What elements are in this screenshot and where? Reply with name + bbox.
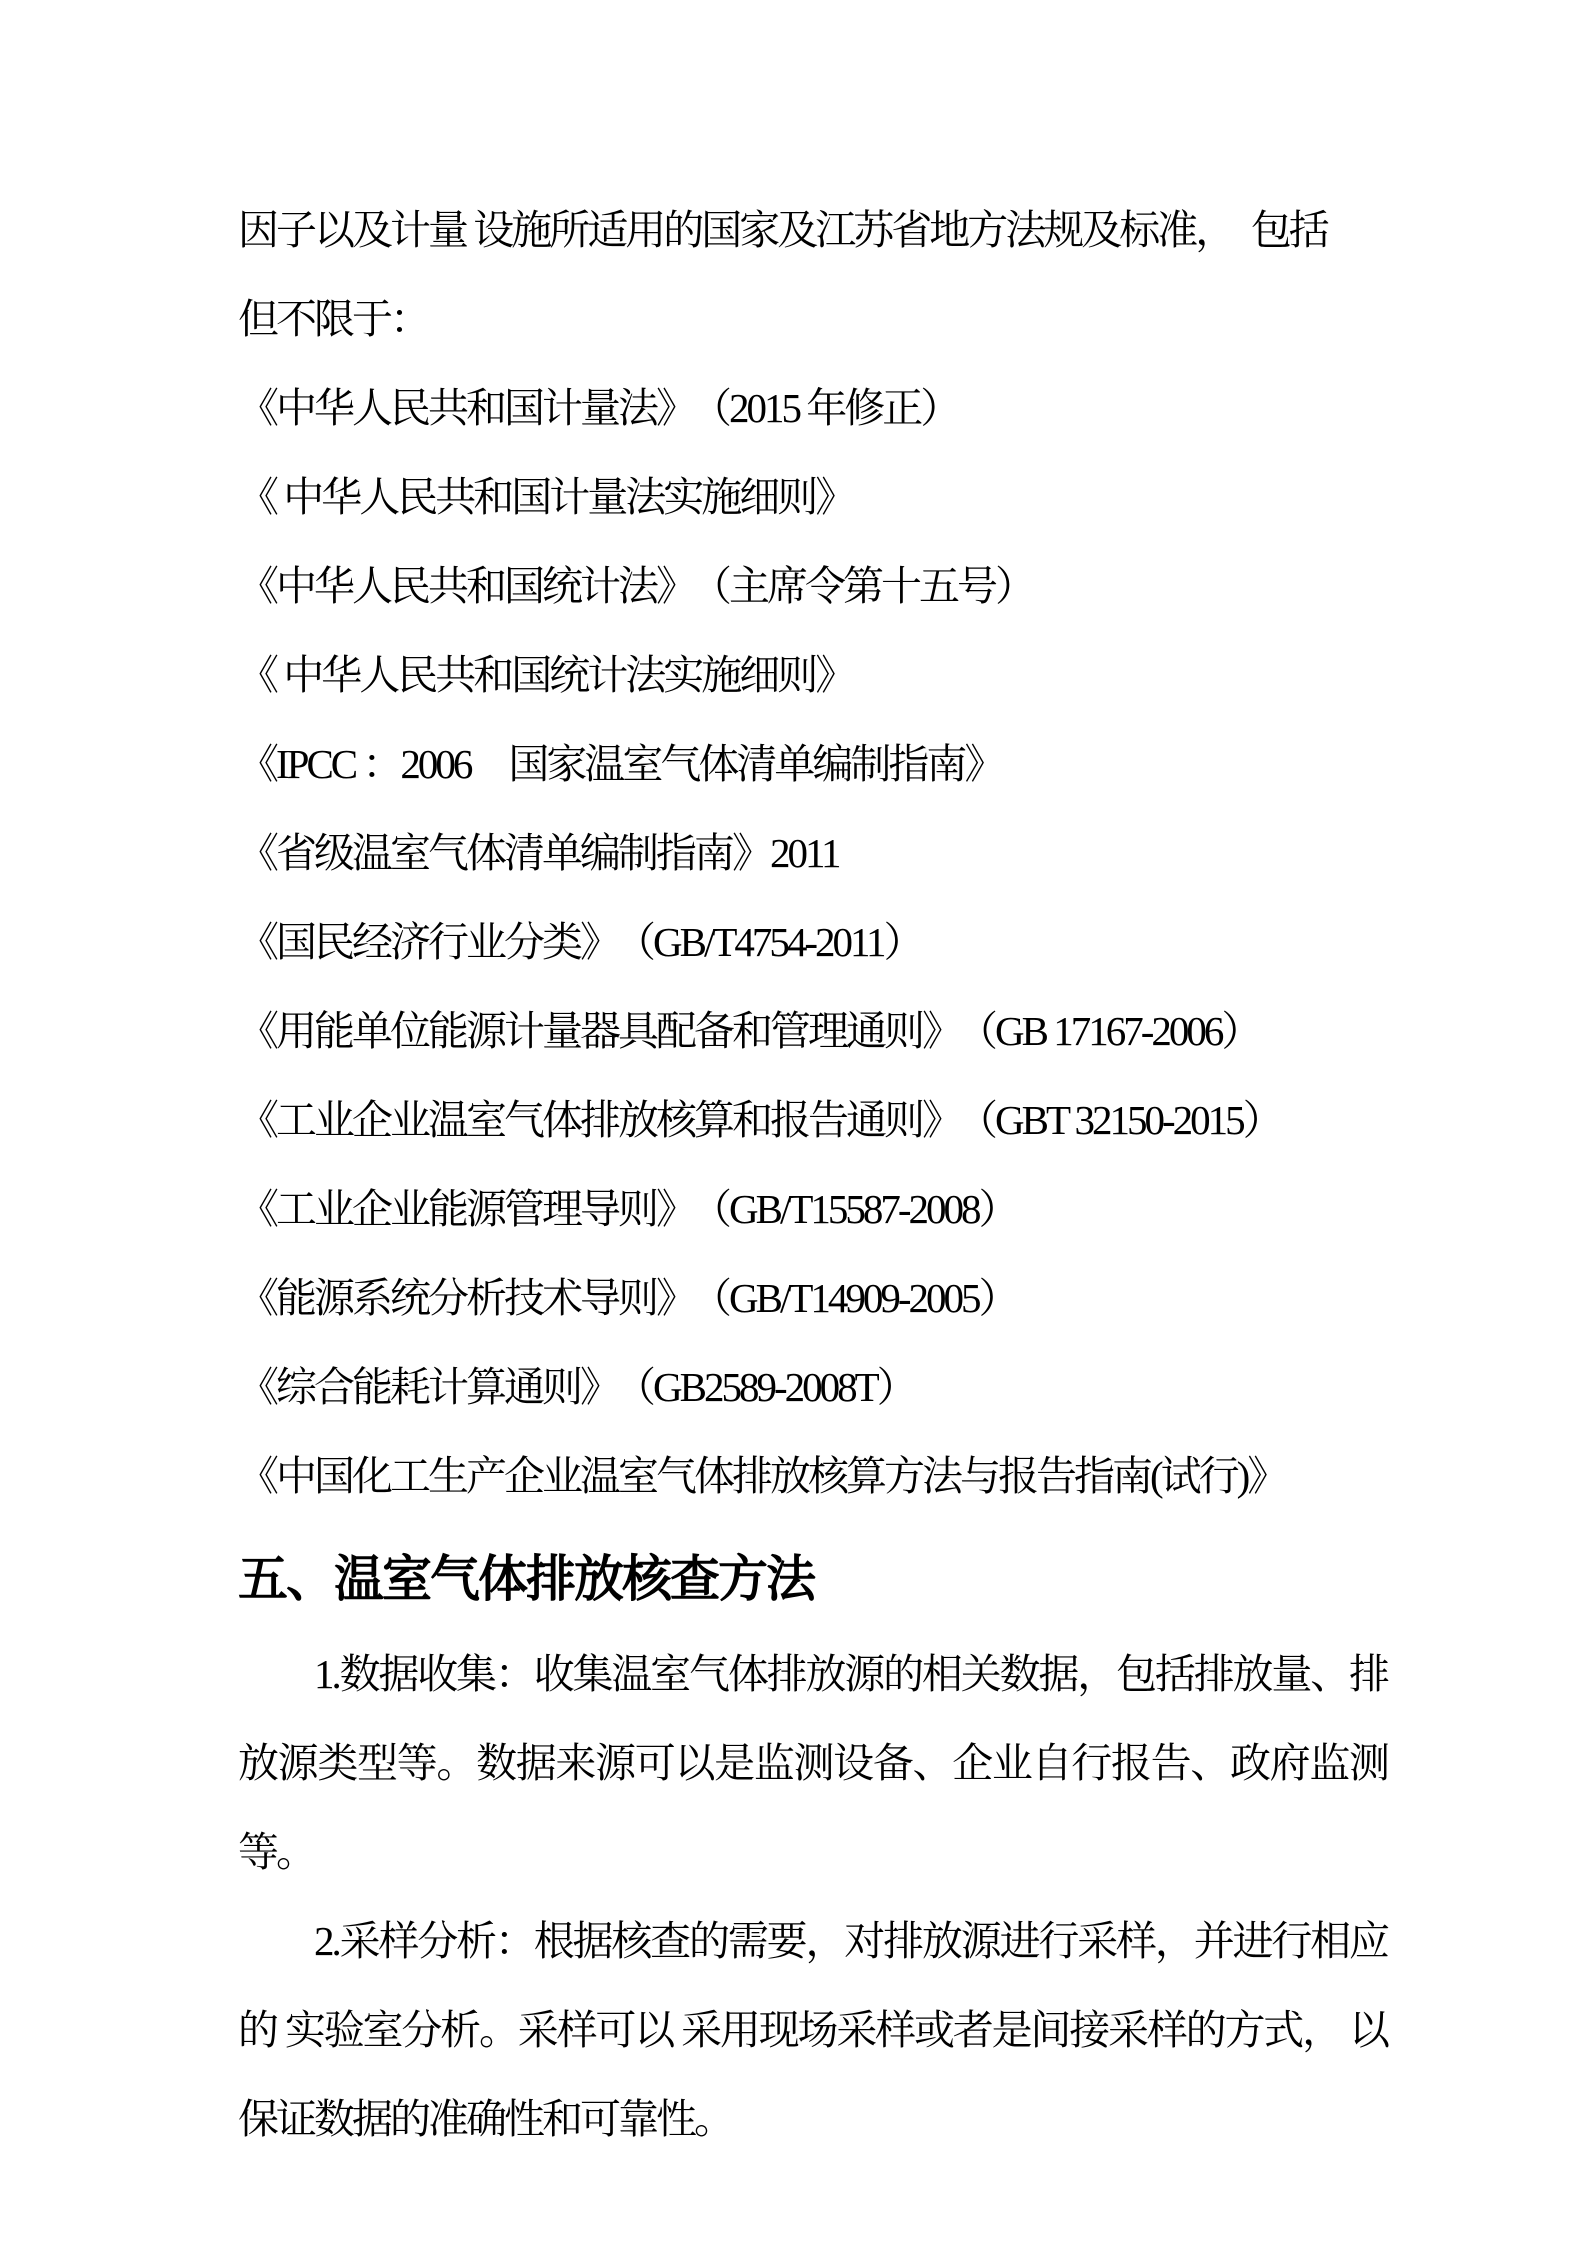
document-page: 因子以及计量 设施所适用的国家及江苏省地方法规及标准， 包括 但不限于： 《中华… xyxy=(0,0,1587,2245)
paragraph-data-collection: 1.数据收集：收集温室气体排放源的相关数据，包括排放量、排放源类型等。数据来源可… xyxy=(238,1630,1387,1897)
standard-item-metrology-law-rules: 《 中华人民共和国计量法实施细则》 xyxy=(238,453,1387,542)
standard-item-industry-classification: 《国民经济行业分类》 （GB/T4754-2011） xyxy=(238,898,1387,987)
standard-item-ipcc-2006: 《IPCC ：2006 国家温室气体清单编制指南》 xyxy=(238,720,1387,809)
section-heading-verification-method: 五、温室气体排放核查方法 xyxy=(238,1535,1387,1624)
standard-item-statistics-law: 《中华人民共和国统计法》 （主席令第十五号） xyxy=(238,542,1387,631)
standard-item-metrology-law: 《中华人民共和国计量法》 （2015 年修正） xyxy=(238,364,1387,453)
standard-item-comprehensive-energy-calc: 《综合能耗计算通则》 （GB2589-2008T） xyxy=(238,1343,1387,1432)
standard-item-provincial-ghg-guide: 《省级温室气体清单编制指南》2011 xyxy=(238,809,1387,898)
intro-line-1: 因子以及计量 设施所适用的国家及江苏省地方法规及标准， 包括 xyxy=(238,186,1387,275)
standard-item-energy-system-analysis: 《能源系统分析技术导则》 （GB/T14909-2005） xyxy=(238,1254,1387,1343)
standard-item-statistics-law-rules: 《 中华人民共和国统计法实施细则》 xyxy=(238,631,1387,720)
standard-item-energy-measuring-rules: 《用能单位能源计量器具配备和管理通则》 （GB 17167-2006） xyxy=(238,987,1387,1076)
paragraph-sampling-analysis: 2.采样分析：根据核查的需要，对排放源进行采样，并进行相应的 实验室分析。采样可… xyxy=(238,1897,1387,2164)
standard-item-ghg-accounting-rules: 《工业企业温室气体排放核算和报告通则》 （GBT 32150-2015） xyxy=(238,1076,1387,1165)
standard-item-energy-management-guide: 《工业企业能源管理导则》 （GB/T15587-2008） xyxy=(238,1165,1387,1254)
intro-line-2: 但不限于： xyxy=(238,275,1387,364)
document-content: 因子以及计量 设施所适用的国家及江苏省地方法规及标准， 包括 但不限于： 《中华… xyxy=(0,0,1587,2164)
standard-item-chemical-ghg-guide: 《中国化工生产企业温室气体排放核算方法与报告指南(试行)》 xyxy=(238,1432,1387,1521)
